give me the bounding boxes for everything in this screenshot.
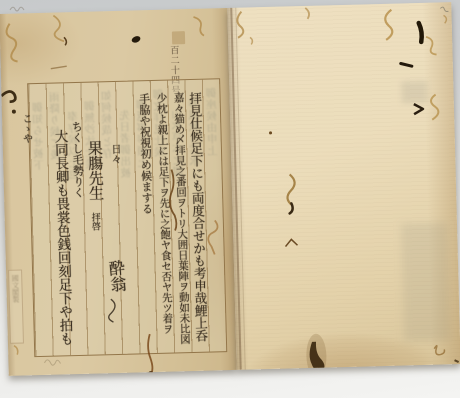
right-page — [227, 2, 460, 370]
bleedthrough-column: 御知らせ被下 — [33, 102, 45, 171]
paper-maker-mark: 國文閣製 — [8, 269, 24, 343]
showthrough-patch — [401, 222, 450, 341]
margin-note: こゝや — [20, 113, 31, 143]
addressee-name: 果膓先生 — [87, 140, 104, 200]
small-square-stain — [172, 31, 185, 44]
showthrough-smudge — [401, 81, 428, 104]
ink-column-days: 日々 — [109, 144, 120, 164]
photo-backdrop: { "page_label": { "text": "百二十四号" }, "le… — [0, 0, 460, 398]
ink-column-4: 手脇や祝視初め候まする — [138, 93, 152, 214]
ink-column-kana: ちくし毛勢りく — [71, 121, 84, 198]
ruled-grid: 御座候由申上春風秋月雲水山水草木之間御文拝見仕候御返事奉願上先日者御出被如何候哉… — [27, 78, 227, 357]
bleedthrough-column: 御座候由申上 — [206, 87, 218, 156]
left-page: 百二十四号 御座候由申上春風秋月雲水山水草木之間御文拝見仕候御返事奉願上先日者御… — [0, 8, 237, 376]
signature: 酔翁 — [107, 259, 126, 292]
pencil-mark-backdrop — [9, 3, 25, 12]
book-spread: 百二十四号 御座候由申上春風秋月雲水山水草木之間御文拝見仕候御返事奉願上先日者御… — [0, 2, 460, 376]
salutation: 拝啓 — [90, 212, 99, 230]
bleedthrough-column: 先日者御出被 — [120, 110, 132, 179]
